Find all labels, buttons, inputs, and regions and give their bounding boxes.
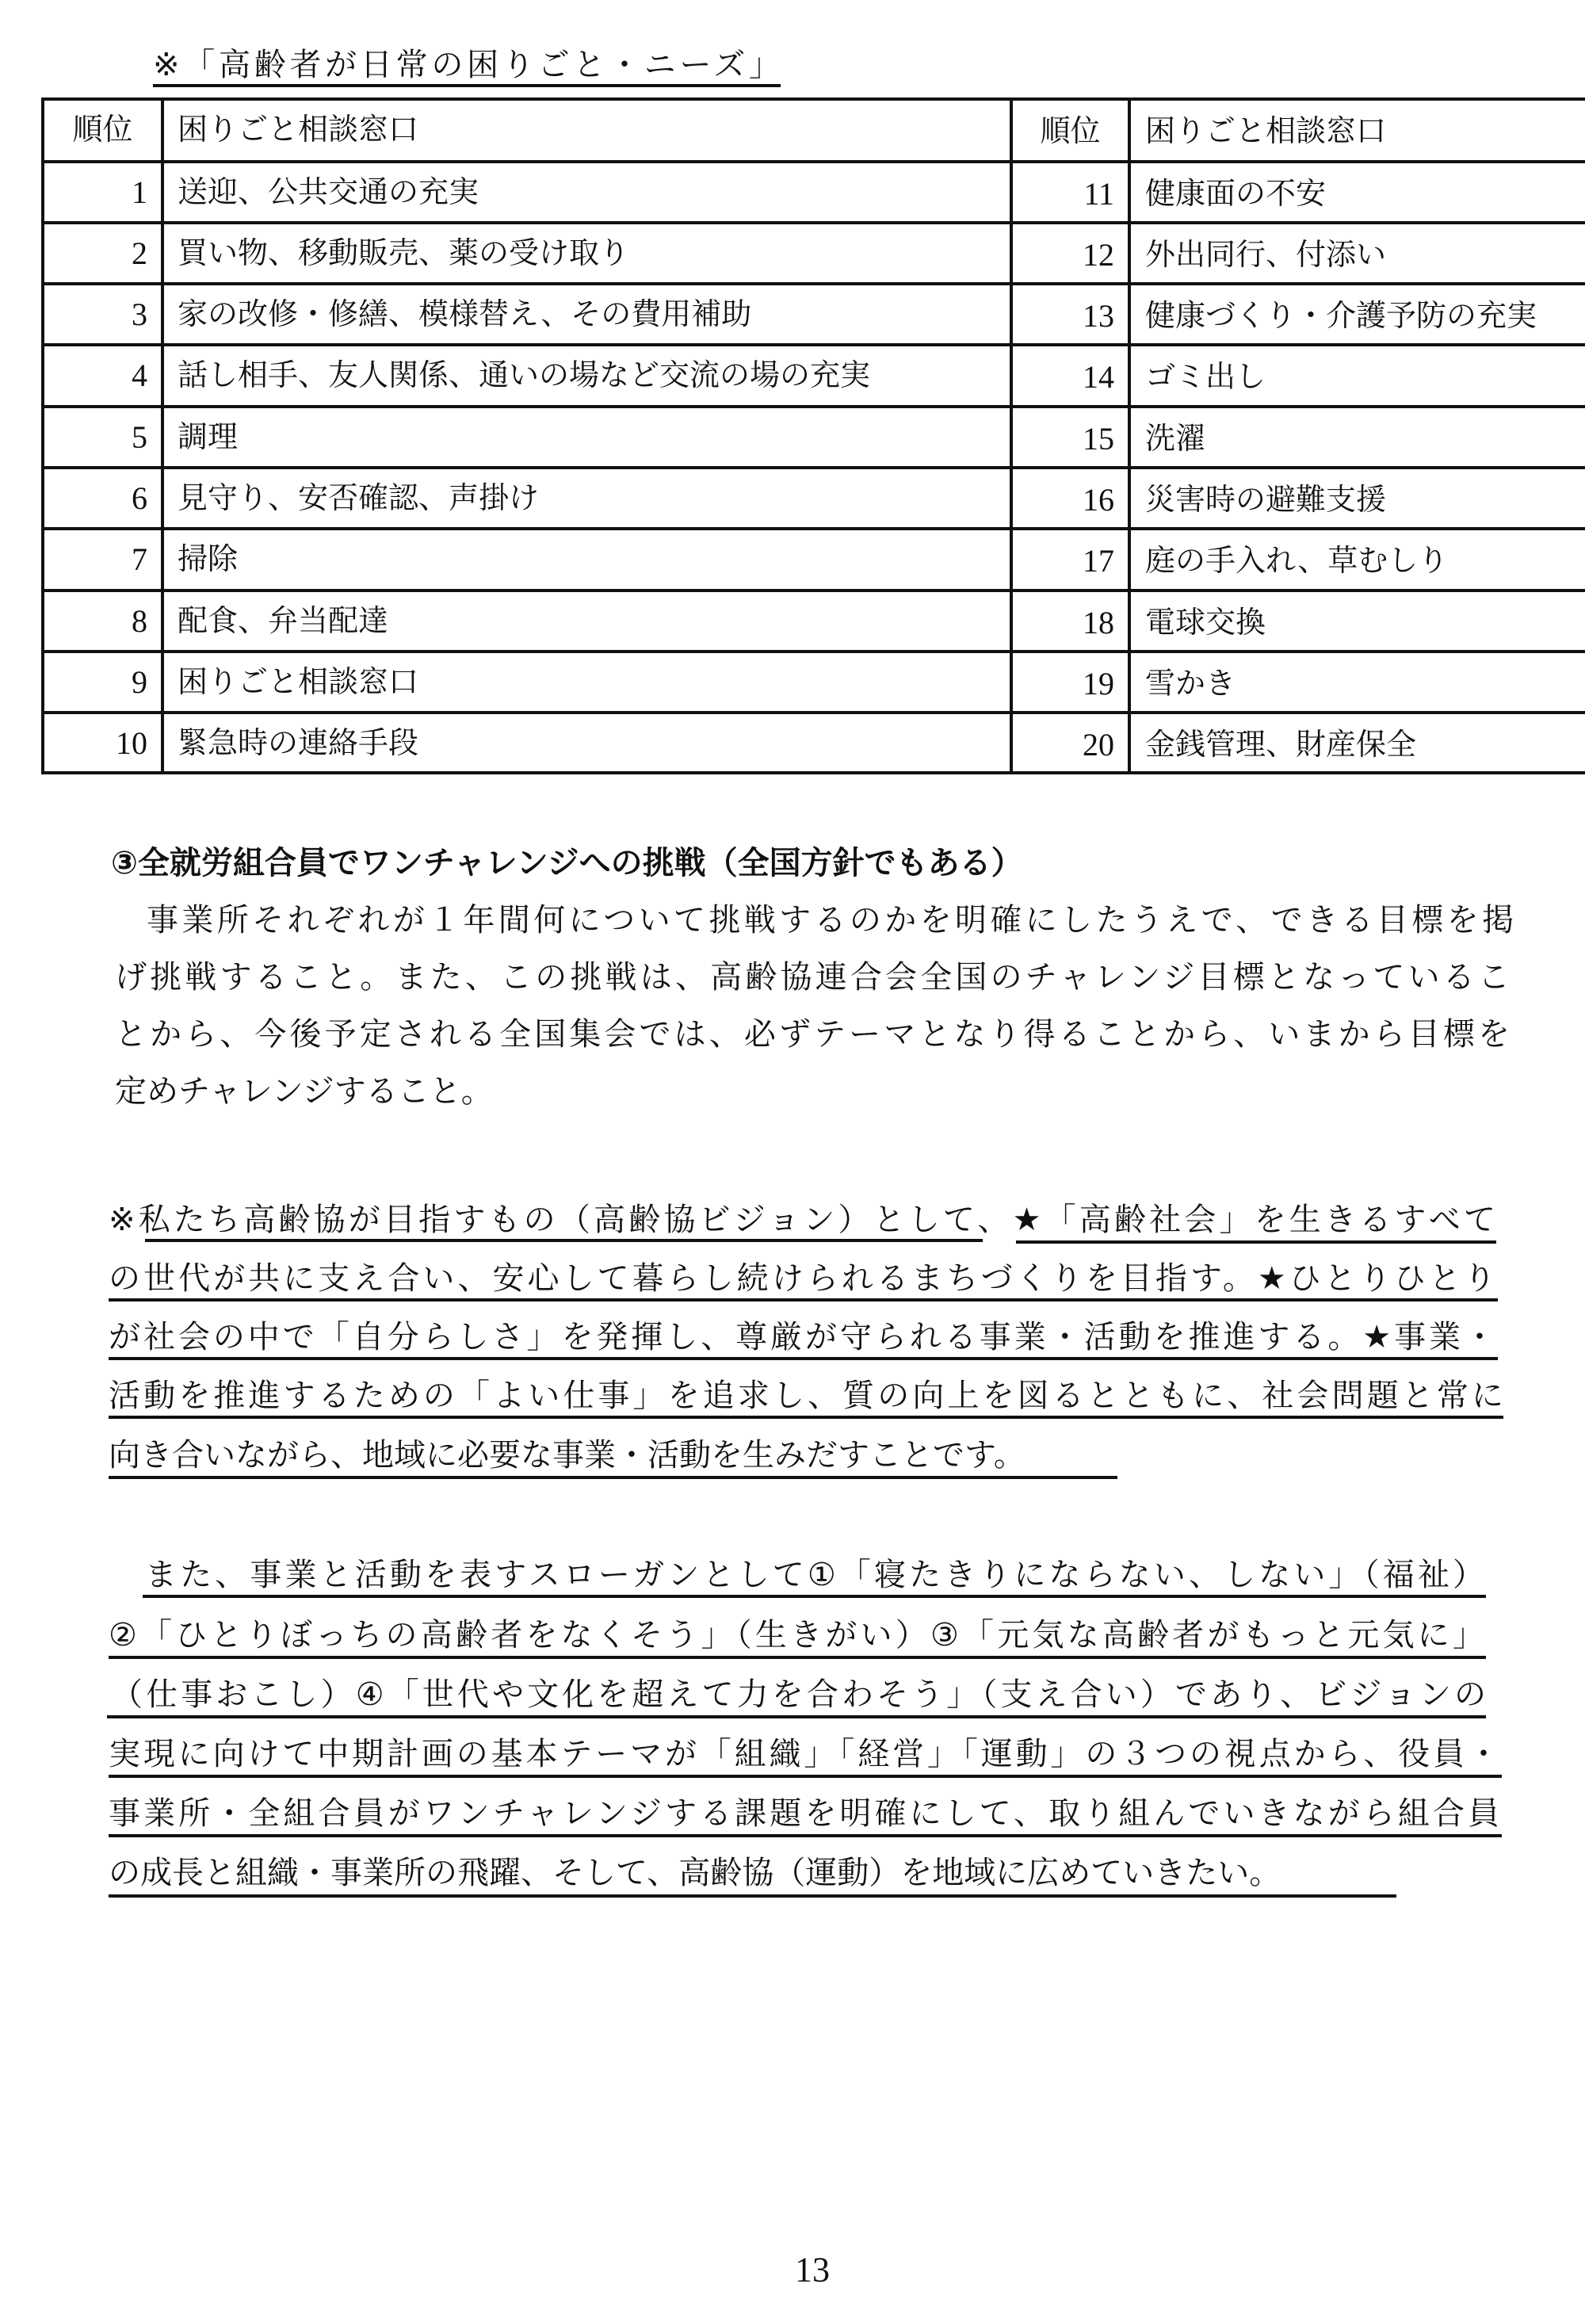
rank-cell: 16 xyxy=(1013,469,1114,530)
item-cell: 家の改修・修繕、模様替え、その費用補助 xyxy=(178,284,751,345)
slogan-line: の成長と組織・事業所の飛躍、そして、高齢協（運動）を地域に広めていきたい。 xyxy=(109,1853,1281,1893)
item-cell: 外出同行、付添い xyxy=(1145,224,1386,285)
underline xyxy=(1016,1240,1496,1244)
header-item-left: 困りごと相談窓口 xyxy=(178,99,418,160)
rank-cell: 12 xyxy=(1013,224,1114,285)
underline xyxy=(143,1595,1486,1598)
item-cell: 洗濯 xyxy=(1145,408,1205,469)
item-cell: 庭の手入れ、草むしり xyxy=(1145,530,1448,591)
needs-ranking-table: 順位 困りごと相談窓口 順位 困りごと相談窓口 1 送迎、公共交通の充実 2 買… xyxy=(41,97,1585,773)
paragraph-line: 事業所それぞれが１年間何について挑戦するのかを明確にしたうえで、できる目標を掲 xyxy=(147,900,1514,940)
underline xyxy=(109,1894,1396,1898)
rank-cell: 19 xyxy=(1013,653,1114,714)
slogan-line: 実現に向けて中期計画の基本テーマが「組織」「経営」「運動」の３つの視点から、役員… xyxy=(109,1734,1499,1774)
rank-cell: 7 xyxy=(44,529,147,590)
rank-cell: 18 xyxy=(1013,592,1114,653)
vision-line: 活動を推進するための「よい仕事」を追求し、質の向上を図るとともに、社会問題と常に xyxy=(109,1376,1503,1416)
slogan-line: また、事業と活動を表すスローガンとして①「寝たきりにならない、しない」（福祉） xyxy=(145,1555,1484,1595)
item-cell: 金銭管理、財産保全 xyxy=(1145,714,1416,775)
header-rank-left: 順位 xyxy=(44,99,161,160)
paragraph-line: とから、今後予定される全国集会では、必ずテーマとなり得ることから、いまから目標を xyxy=(115,1015,1510,1054)
vision-line: が社会の中で「自分らしさ」を発揮し、尊厳が守られる事業・活動を推進する。★事業・ xyxy=(109,1317,1495,1357)
rank-cell: 2 xyxy=(44,223,147,284)
rank-cell: 15 xyxy=(1013,408,1114,469)
rank-cell: 4 xyxy=(44,345,147,406)
rank-cell: 14 xyxy=(1013,346,1114,407)
underline xyxy=(109,1476,1117,1479)
rank-cell: 20 xyxy=(1013,714,1114,775)
item-cell: 買い物、移動販売、薬の受け取り xyxy=(178,223,629,284)
item-cell: 電球交換 xyxy=(1145,592,1266,653)
paragraph-line: げ挑戦すること。また、この挑戦は、高齢協連合会全国のチャレンジ目標となっているこ xyxy=(115,958,1510,997)
item-cell: 話し相手、友人関係、通いの場など交流の場の充実 xyxy=(178,345,870,406)
item-cell: ゴミ出し xyxy=(1145,346,1266,407)
underline xyxy=(109,1834,1502,1837)
item-cell: 雪かき xyxy=(1145,653,1236,714)
table-rule xyxy=(161,97,164,774)
rank-cell: 17 xyxy=(1013,530,1114,591)
rank-cell: 3 xyxy=(44,284,147,345)
underline xyxy=(109,1656,1486,1659)
slogan-line: 事業所・全組合員がワンチャレンジする課題を明確にして、取り組んでいきながら組合員 xyxy=(109,1794,1499,1833)
underline xyxy=(145,1239,983,1242)
table-title: ※「高齢者が日常の困りごと・ニーズ」 xyxy=(153,46,781,87)
table-rule xyxy=(1128,97,1131,774)
underline xyxy=(109,1298,1498,1302)
item-cell: 災害時の避難支援 xyxy=(1145,469,1386,530)
item-cell: 困りごと相談窓口 xyxy=(178,652,418,713)
rank-cell: 6 xyxy=(44,468,147,529)
rank-cell: 5 xyxy=(44,407,147,468)
vision-line: の世代が共に支え合い、安心して暮らし続けられるまちづくりを目指す。★ひとりひとり xyxy=(109,1259,1495,1298)
rank-cell: 11 xyxy=(1013,163,1114,224)
item-cell: 緊急時の連絡手段 xyxy=(178,713,418,774)
item-cell: 健康面の不安 xyxy=(1145,163,1326,224)
underline xyxy=(109,1357,1498,1360)
vision-line: ※私たち高齢協が目指すもの（高齢協ビジョン）として、★「高齢社会」を生きるすべて xyxy=(109,1200,1495,1240)
rank-cell: 8 xyxy=(44,591,147,652)
rank-cell: 1 xyxy=(44,162,147,223)
item-cell: 調理 xyxy=(178,407,238,468)
slogan-line: （仕事おこし）④「世代や文化を超えて力を合わそう」（支え合い）であり、ビジョンの xyxy=(111,1675,1486,1714)
slogan-line: ②「ひとりぼっちの高齢者をなくそう」（生きがい）③「元気な高齢者がもっと元気に」 xyxy=(109,1615,1484,1655)
header-item-right: 困りごと相談窓口 xyxy=(1145,101,1386,162)
item-cell: 送迎、公共交通の充実 xyxy=(178,162,479,223)
item-cell: 健康づくり・介護予防の充実 xyxy=(1145,285,1537,346)
item-cell: 掃除 xyxy=(178,529,238,590)
page-number: 13 xyxy=(0,2249,1585,2290)
rank-cell: 10 xyxy=(44,713,147,774)
underline xyxy=(107,1715,1486,1718)
underline xyxy=(109,1416,1503,1419)
item-cell: 配食、弁当配達 xyxy=(178,591,388,652)
rank-cell: 13 xyxy=(1013,285,1114,346)
header-rank-right: 順位 xyxy=(1013,101,1128,162)
underline xyxy=(109,1775,1502,1778)
vision-line: 向き合いながら、地域に必要な事業・活動を生みだすことです。 xyxy=(109,1435,1025,1475)
rank-cell: 9 xyxy=(44,652,147,713)
item-cell: 見守り、安否確認、声掛け xyxy=(178,468,539,529)
section-heading: ③全就労組合員でワンチャレンジへの挑戦（全国方針でもある） xyxy=(111,843,1023,883)
paragraph-line: 定めチャレンジすること。 xyxy=(115,1072,493,1111)
